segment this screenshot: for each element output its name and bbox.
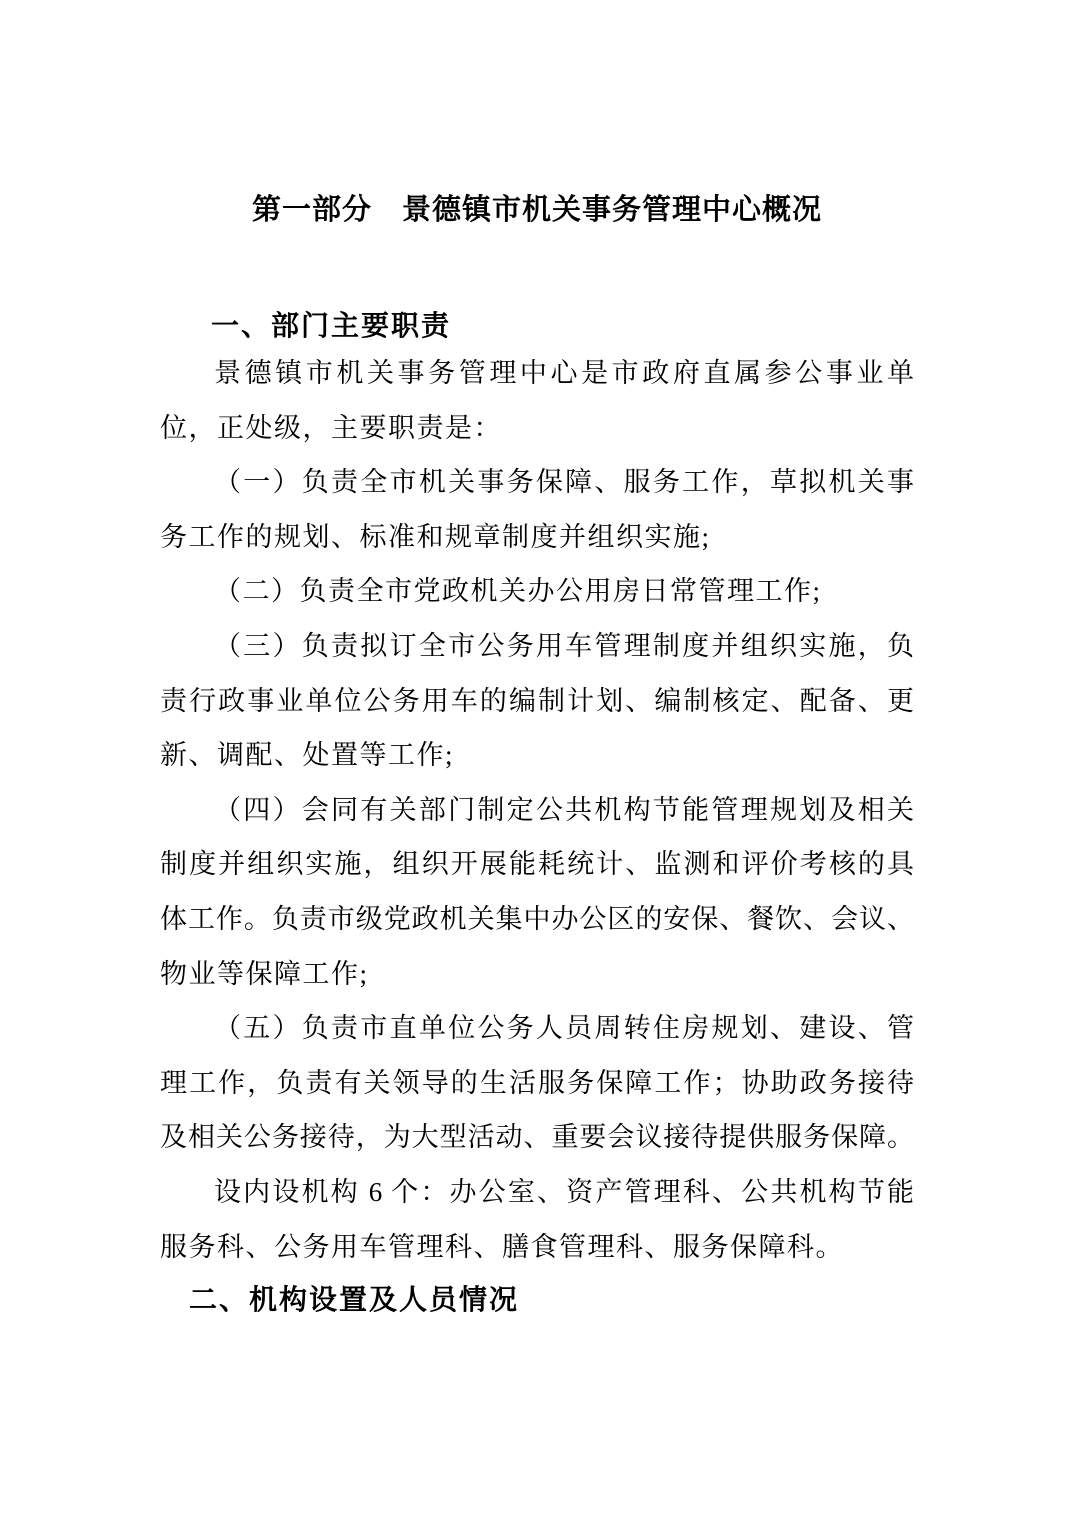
paragraph: （三）负责拟订全市公务用车管理制度并组织实施，负责行政事业单位公务用车的编制计划… [160,619,914,783]
text-line: （四）会同有关部门制定公共机构节能管理规划及相关 [160,783,914,838]
text-line: 服务科、公务用车管理科、膳食管理科、服务保障科。 [160,1220,914,1275]
text-line: （五）负责市直单位公务人员周转住房规划、建设、管 [160,1001,914,1056]
text-line: 景德镇市机关事务管理中心是市政府直属参公事业单 [160,346,914,401]
text-line: 及相关公务接待，为大型活动、重要会议接待提供服务保障。 [160,1110,914,1165]
paragraph: （五）负责市直单位公务人员周转住房规划、建设、管理工作，负责有关领导的生活服务保… [160,1001,914,1165]
document-title: 第一部分 景德镇市机关事务管理中心概况 [160,0,914,234]
paragraph: 景德镇市机关事务管理中心是市政府直属参公事业单位，正处级，主要职责是： [160,346,914,455]
text-line: 设内设机构 6 个：办公室、资产管理科、公共机构节能 [160,1165,914,1220]
section-heading-organization-personnel: 二、机构设置及人员情况 [160,1280,914,1320]
text-line: 位，正处级，主要职责是： [160,401,914,456]
text-line: 理工作，负责有关领导的生活服务保障工作；协助政务接待 [160,1056,914,1111]
text-line: 责行政事业单位公务用车的编制计划、编制核定、配备、更 [160,674,914,729]
text-line: （三）负责拟订全市公务用车管理制度并组织实施，负 [160,619,914,674]
text-line: 务工作的规划、标准和规章制度并组织实施; [160,510,914,565]
paragraph: （一）负责全市机关事务保障、服务工作，草拟机关事务工作的规划、标准和规章制度并组… [160,455,914,564]
paragraph: 设内设机构 6 个：办公室、资产管理科、公共机构节能服务科、公务用车管理科、膳食… [160,1165,914,1274]
text-line: 制度并组织实施，组织开展能耗统计、监测和评价考核的具 [160,837,914,892]
paragraph: （二）负责全市党政机关办公用房日常管理工作; [160,564,914,619]
body-paragraphs: 景德镇市机关事务管理中心是市政府直属参公事业单位，正处级，主要职责是：（一）负责… [160,346,914,1274]
text-line: 新、调配、处置等工作; [160,728,914,783]
text-line: 体工作。负责市级党政机关集中办公区的安保、餐饮、会议、 [160,892,914,947]
text-line: （二）负责全市党政机关办公用房日常管理工作; [160,564,914,619]
text-line: （一）负责全市机关事务保障、服务工作，草拟机关事 [160,455,914,510]
text-line: 物业等保障工作; [160,947,914,1002]
paragraph: （四）会同有关部门制定公共机构节能管理规划及相关制度并组织实施，组织开展能耗统计… [160,783,914,1001]
document-page: 第一部分 景德镇市机关事务管理中心概况 一、部门主要职责 景德镇市机关事务管理中… [0,0,1074,1520]
section-heading-department-duties: 一、部门主要职责 [160,306,914,346]
